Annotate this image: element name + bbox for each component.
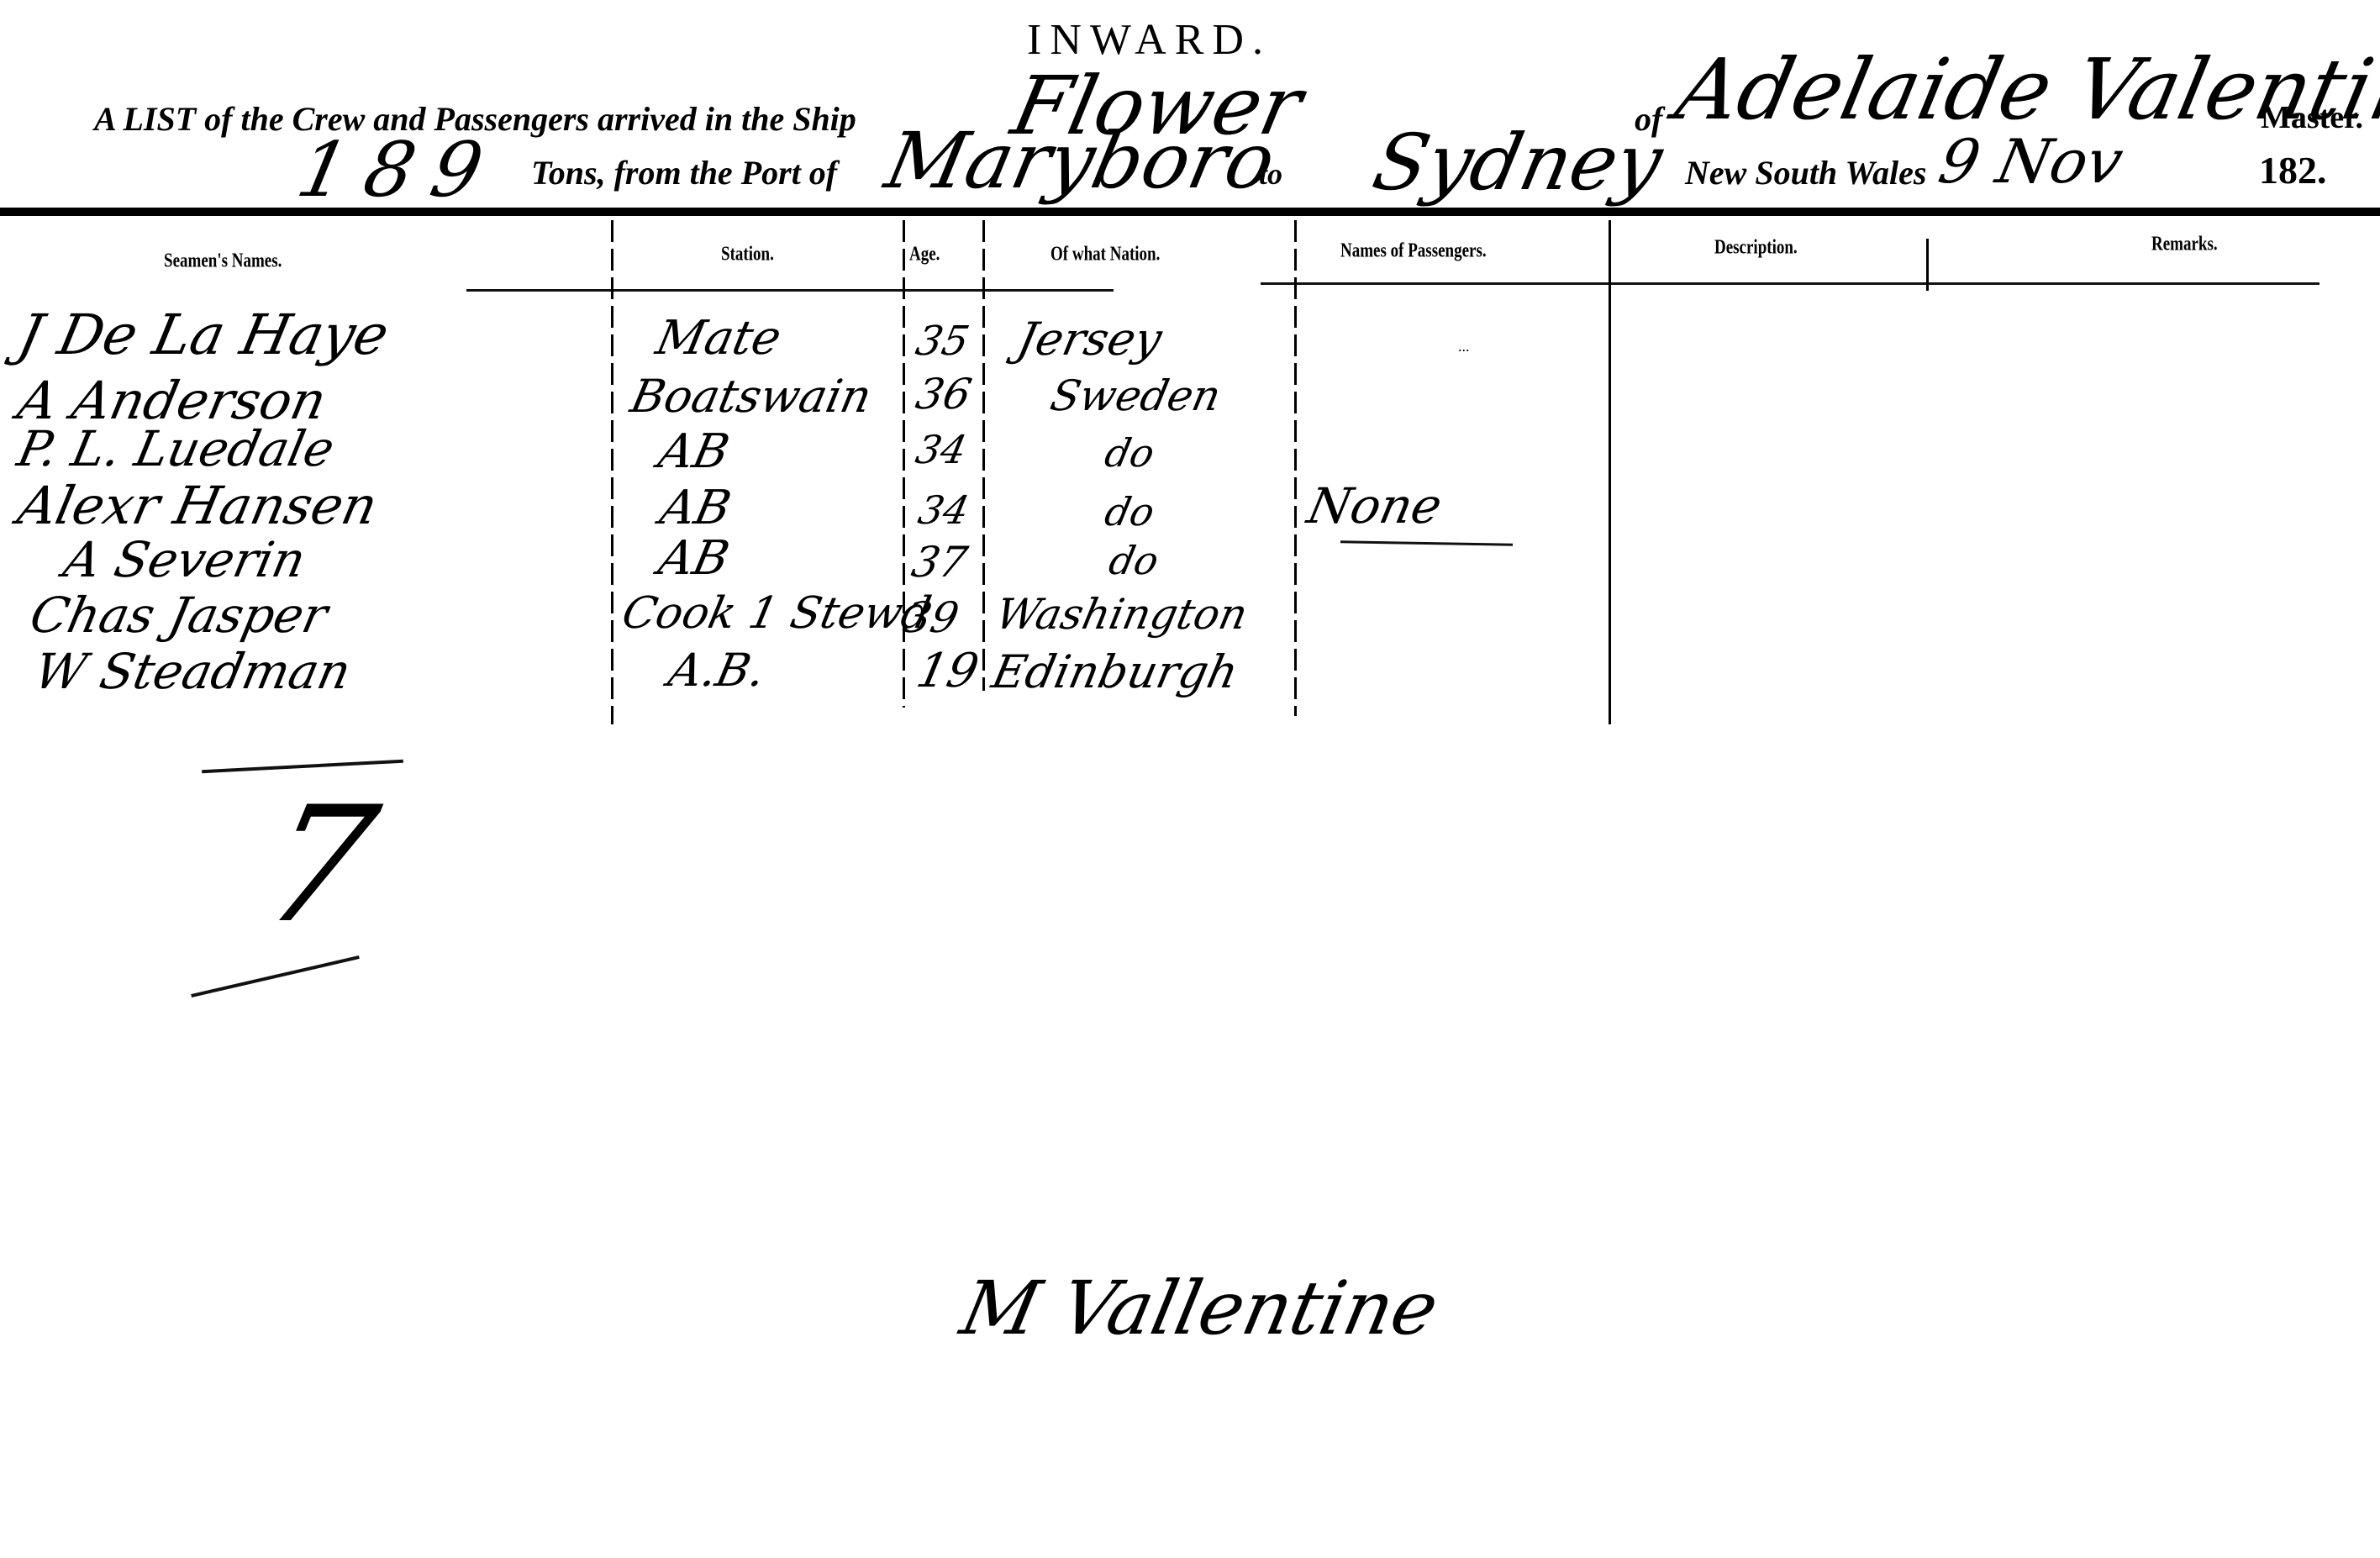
master-label: Master. <box>2261 99 2363 136</box>
seaman-station: Mate <box>651 311 786 366</box>
seaman-name: W Steadman <box>29 643 356 700</box>
seaman-name: A Severin <box>59 531 311 588</box>
header-rule <box>0 208 2380 216</box>
tally-top-line <box>202 760 403 774</box>
column-header-rule-right <box>1261 282 2319 285</box>
seaman-name: P. L. Luedale <box>13 420 340 477</box>
column-divider <box>1294 220 1297 716</box>
document-title: INWARD. <box>1027 15 1272 65</box>
column-header-station: Station. <box>721 243 774 266</box>
seaman-station: AB <box>654 531 734 586</box>
passenger-name: ... <box>1458 338 1470 355</box>
seaman-station: Cook 1 Stewd <box>618 588 935 639</box>
seaman-station: A.B. <box>664 644 770 697</box>
seaman-age: 34 <box>912 427 971 472</box>
from-port: Maryboro <box>878 116 1282 206</box>
seaman-age: 19 <box>912 644 983 698</box>
seaman-nation: Jersey <box>1013 313 1166 366</box>
seaman-nation: do <box>1105 538 1163 583</box>
tons-label: Tons, from the Port of <box>531 153 837 192</box>
column-header-age: Age. <box>909 243 940 266</box>
seaman-nation: Washington <box>992 590 1252 639</box>
seaman-station: AB <box>654 424 734 479</box>
seaman-nation: do <box>1101 489 1159 534</box>
seaman-station: Boatswain <box>626 370 877 423</box>
crew-tally: 7 <box>252 786 387 945</box>
to-port: Sydney <box>1366 118 1670 208</box>
seaman-name: Chas Jasper <box>25 587 333 644</box>
to-label: to <box>1259 156 1282 192</box>
column-divider <box>611 220 613 724</box>
seaman-age: 39 <box>899 593 963 642</box>
column-header-remarks: Remarks. <box>2151 233 2218 256</box>
column-divider <box>1609 220 1611 724</box>
seaman-nation: do <box>1101 430 1159 476</box>
column-header-nation: Of what Nation. <box>1050 243 1160 266</box>
passenger-name: None <box>1303 477 1447 534</box>
column-divider <box>982 220 985 691</box>
seaman-nation: Edinburgh <box>987 645 1243 698</box>
colony-label: New South Wales <box>1685 153 1926 192</box>
arrival-date: 9 Nov <box>1933 126 2130 197</box>
column-header-passenger-names: Names of Passengers. <box>1340 239 1487 263</box>
seaman-name: J De La Haye <box>13 303 394 367</box>
column-header-seamen-names: Seamen's Names. <box>164 250 282 273</box>
tons-value: 189 <box>290 126 508 214</box>
master-signature: M Vallentine <box>954 1265 1445 1351</box>
year-label: 182. <box>2259 148 2327 192</box>
seaman-age: 37 <box>908 538 971 587</box>
column-header-rule-left <box>466 289 1114 292</box>
tally-bottom-line <box>191 955 360 997</box>
seaman-age: 36 <box>912 370 976 418</box>
seaman-name: Alexr Hansen <box>13 475 383 536</box>
seaman-station: AB <box>656 481 735 535</box>
column-header-description: Description. <box>1714 236 1798 260</box>
passenger-underline <box>1340 540 1513 546</box>
seaman-age: 35 <box>912 318 973 365</box>
seaman-nation: Sweden <box>1046 371 1225 420</box>
seaman-age: 34 <box>914 487 973 533</box>
column-divider <box>1926 239 1929 291</box>
